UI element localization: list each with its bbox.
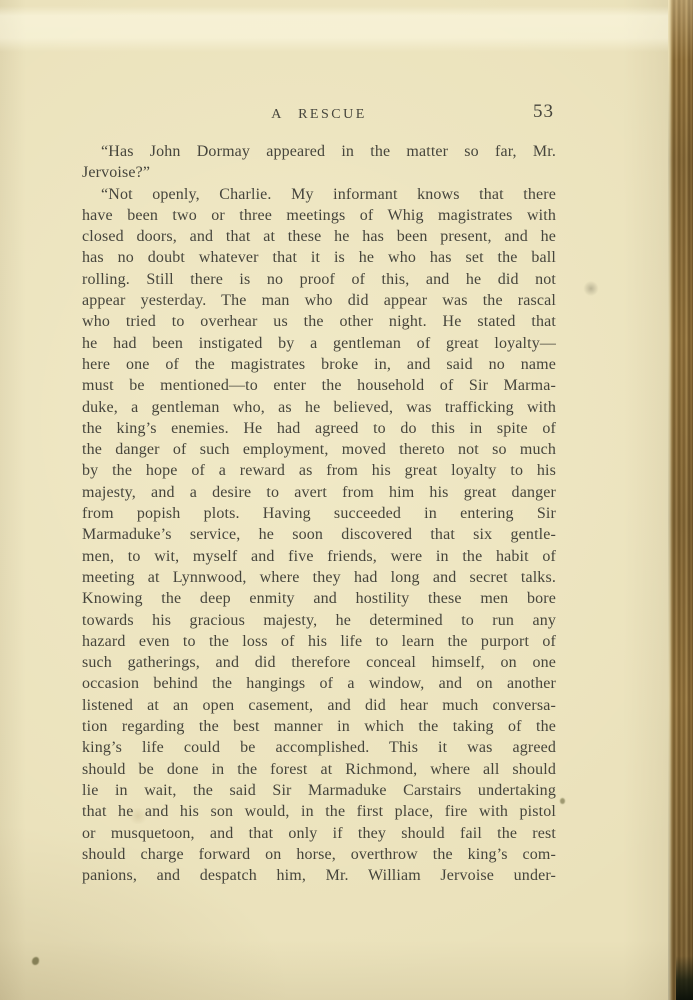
text-line: have been two or three meetings of Whig …: [82, 205, 556, 226]
text-line: appear yesterday. The man who did appear…: [82, 290, 556, 311]
text-line: majesty, and a desire to avert from him …: [82, 482, 556, 503]
text-line: should charge forward on horse, overthro…: [82, 844, 556, 865]
text-line: occasion behind the hangings of a window…: [82, 673, 556, 694]
running-title: A RESCUE: [82, 107, 556, 123]
paper-smudge: [128, 808, 148, 824]
text-line: men, to wit, myself and five friends, we…: [82, 546, 556, 567]
text-line: rolling. Still there is no proof of this…: [82, 269, 556, 290]
book-edge-dark-corner: [676, 956, 693, 1000]
text-line: “Has John Dormay appeared in the matter …: [82, 141, 556, 162]
paper-speck: [32, 957, 39, 965]
text-line: Jervoise?”: [82, 162, 556, 183]
paper-smudge: [583, 281, 599, 296]
text-line: Knowing the deep enmity and hostility th…: [82, 588, 556, 609]
paper-speck: [560, 798, 565, 804]
text-line: closed doors, and that at these he has b…: [82, 226, 556, 247]
text-line: such gatherings, and did therefore conce…: [82, 652, 556, 673]
paragraph: “Has John Dormay appeared in the matter …: [82, 141, 556, 184]
text-line: from popish plots. Having succeeded in e…: [82, 503, 556, 524]
text-line: duke, a gentleman who, as he believed, w…: [82, 397, 556, 418]
text-line: by the hope of a reward as from his grea…: [82, 460, 556, 481]
text-line: Marmaduke’s service, he soon discovered …: [82, 524, 556, 545]
text-line: listened at an open casement, and did he…: [82, 695, 556, 716]
text-line: meeting at Lynnwood, where they had long…: [82, 567, 556, 588]
book-page: A RESCUE 53 “Has John Dormay appeared in…: [0, 0, 693, 1000]
paragraph: “Not openly, Charlie. My informant knows…: [82, 184, 556, 887]
page-number: 53: [533, 101, 554, 123]
text-line: should be done in the forest at Richmond…: [82, 759, 556, 780]
text-line: has no doubt whatever that it is he who …: [82, 247, 556, 268]
text-line: lie in wait, the said Sir Marmaduke Cars…: [82, 780, 556, 801]
text-line: hazard even to the loss of his life to l…: [82, 631, 556, 652]
text-line: panions, and despatch him, Mr. William J…: [82, 865, 556, 886]
body-text: “Has John Dormay appeared in the matter …: [82, 141, 556, 886]
page-header: A RESCUE 53: [82, 103, 556, 127]
text-line: that he and his son would, in the first …: [82, 801, 556, 822]
text-line: the danger of such employment, moved the…: [82, 439, 556, 460]
text-line: or musquetoon, and that only if they sho…: [82, 823, 556, 844]
text-line: he had been instigated by a gentleman of…: [82, 333, 556, 354]
text-line: king’s life could be accomplished. This …: [82, 737, 556, 758]
text-line: must be mentioned—to enter the household…: [82, 375, 556, 396]
text-line: the king’s enemies. He had agreed to do …: [82, 418, 556, 439]
text-line: towards his gracious majesty, he determi…: [82, 610, 556, 631]
text-line: who tried to overhear us the other night…: [82, 311, 556, 332]
text-line: tion regarding the best manner in which …: [82, 716, 556, 737]
book-fore-edge: [668, 0, 693, 1000]
text-line: “Not openly, Charlie. My informant knows…: [82, 184, 556, 205]
text-line: here one of the magistrates broke in, an…: [82, 354, 556, 375]
